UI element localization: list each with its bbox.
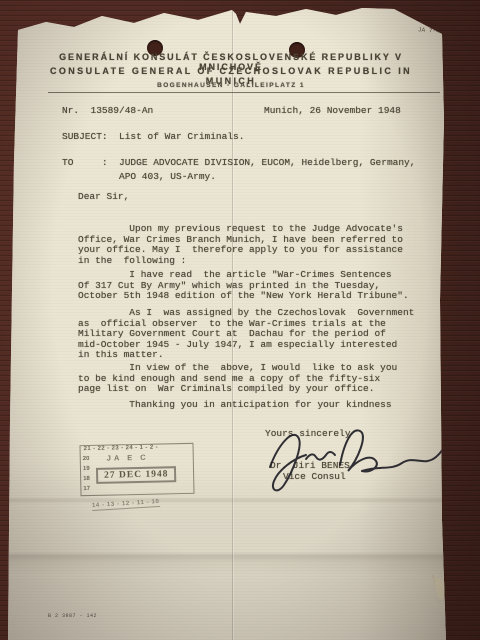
closing-thanks: Thanking you in anticipation for your ki…	[78, 400, 392, 411]
letter-paper: GENERÁLNÍ KONSULÁT ČESKOSLOVENSKÉ REPUBL…	[6, 0, 458, 640]
stamp-top-numbers: 21 - 22 - 23 - 24 - 1 - 2 -	[83, 445, 158, 453]
signature-autograph	[240, 415, 455, 497]
folded-corner	[432, 572, 454, 602]
form-code: B 2 3987 - 142	[48, 613, 97, 619]
paragraph-4: In view of the above, I would like to as…	[78, 363, 397, 395]
salutation: Dear Sir,	[78, 192, 129, 203]
received-stamp: 21 - 22 - 23 - 24 - 1 - 2 - 20 19 18 17 …	[79, 443, 194, 496]
paragraph-2: I have read the article "War-Crimes Sent…	[78, 270, 409, 302]
stamp-lower-numbers: 14 - 13 - 12 - 11 - 10	[92, 499, 160, 511]
top-right-pencil-mark: JA 7-4	[418, 26, 440, 34]
stamp-date-box: 27 DEC 1948	[96, 466, 177, 484]
recipient-line-1: TO : JUDGE ADVOCATE DIVISION, EUCOM, Hei…	[62, 158, 415, 169]
recipient-line-2: APO 403, US-Army.	[119, 172, 216, 183]
paragraph-1: Upon my previous request to the Judge Ad…	[78, 224, 403, 266]
place-dateline: Munich, 26 November 1948	[264, 106, 401, 117]
stamp-side-numbers: 20 19 18 17	[83, 454, 91, 494]
paragraph-3: As I was assigned by the Czechoslovak Go…	[78, 308, 414, 361]
subject-line: SUBJECT: List of War Criminals.	[62, 132, 244, 143]
stamp-office-code: JA E C	[107, 453, 149, 463]
photo-of-letter: GENERÁLNÍ KONSULÁT ČESKOSLOVENSKÉ REPUBL…	[0, 0, 480, 640]
letterhead-address: BOGENHAUSEN - GALILEIPLATZ 1	[26, 82, 436, 89]
reference-number: Nr. 13589/48-An	[62, 106, 153, 117]
letterhead-rule	[48, 92, 440, 93]
